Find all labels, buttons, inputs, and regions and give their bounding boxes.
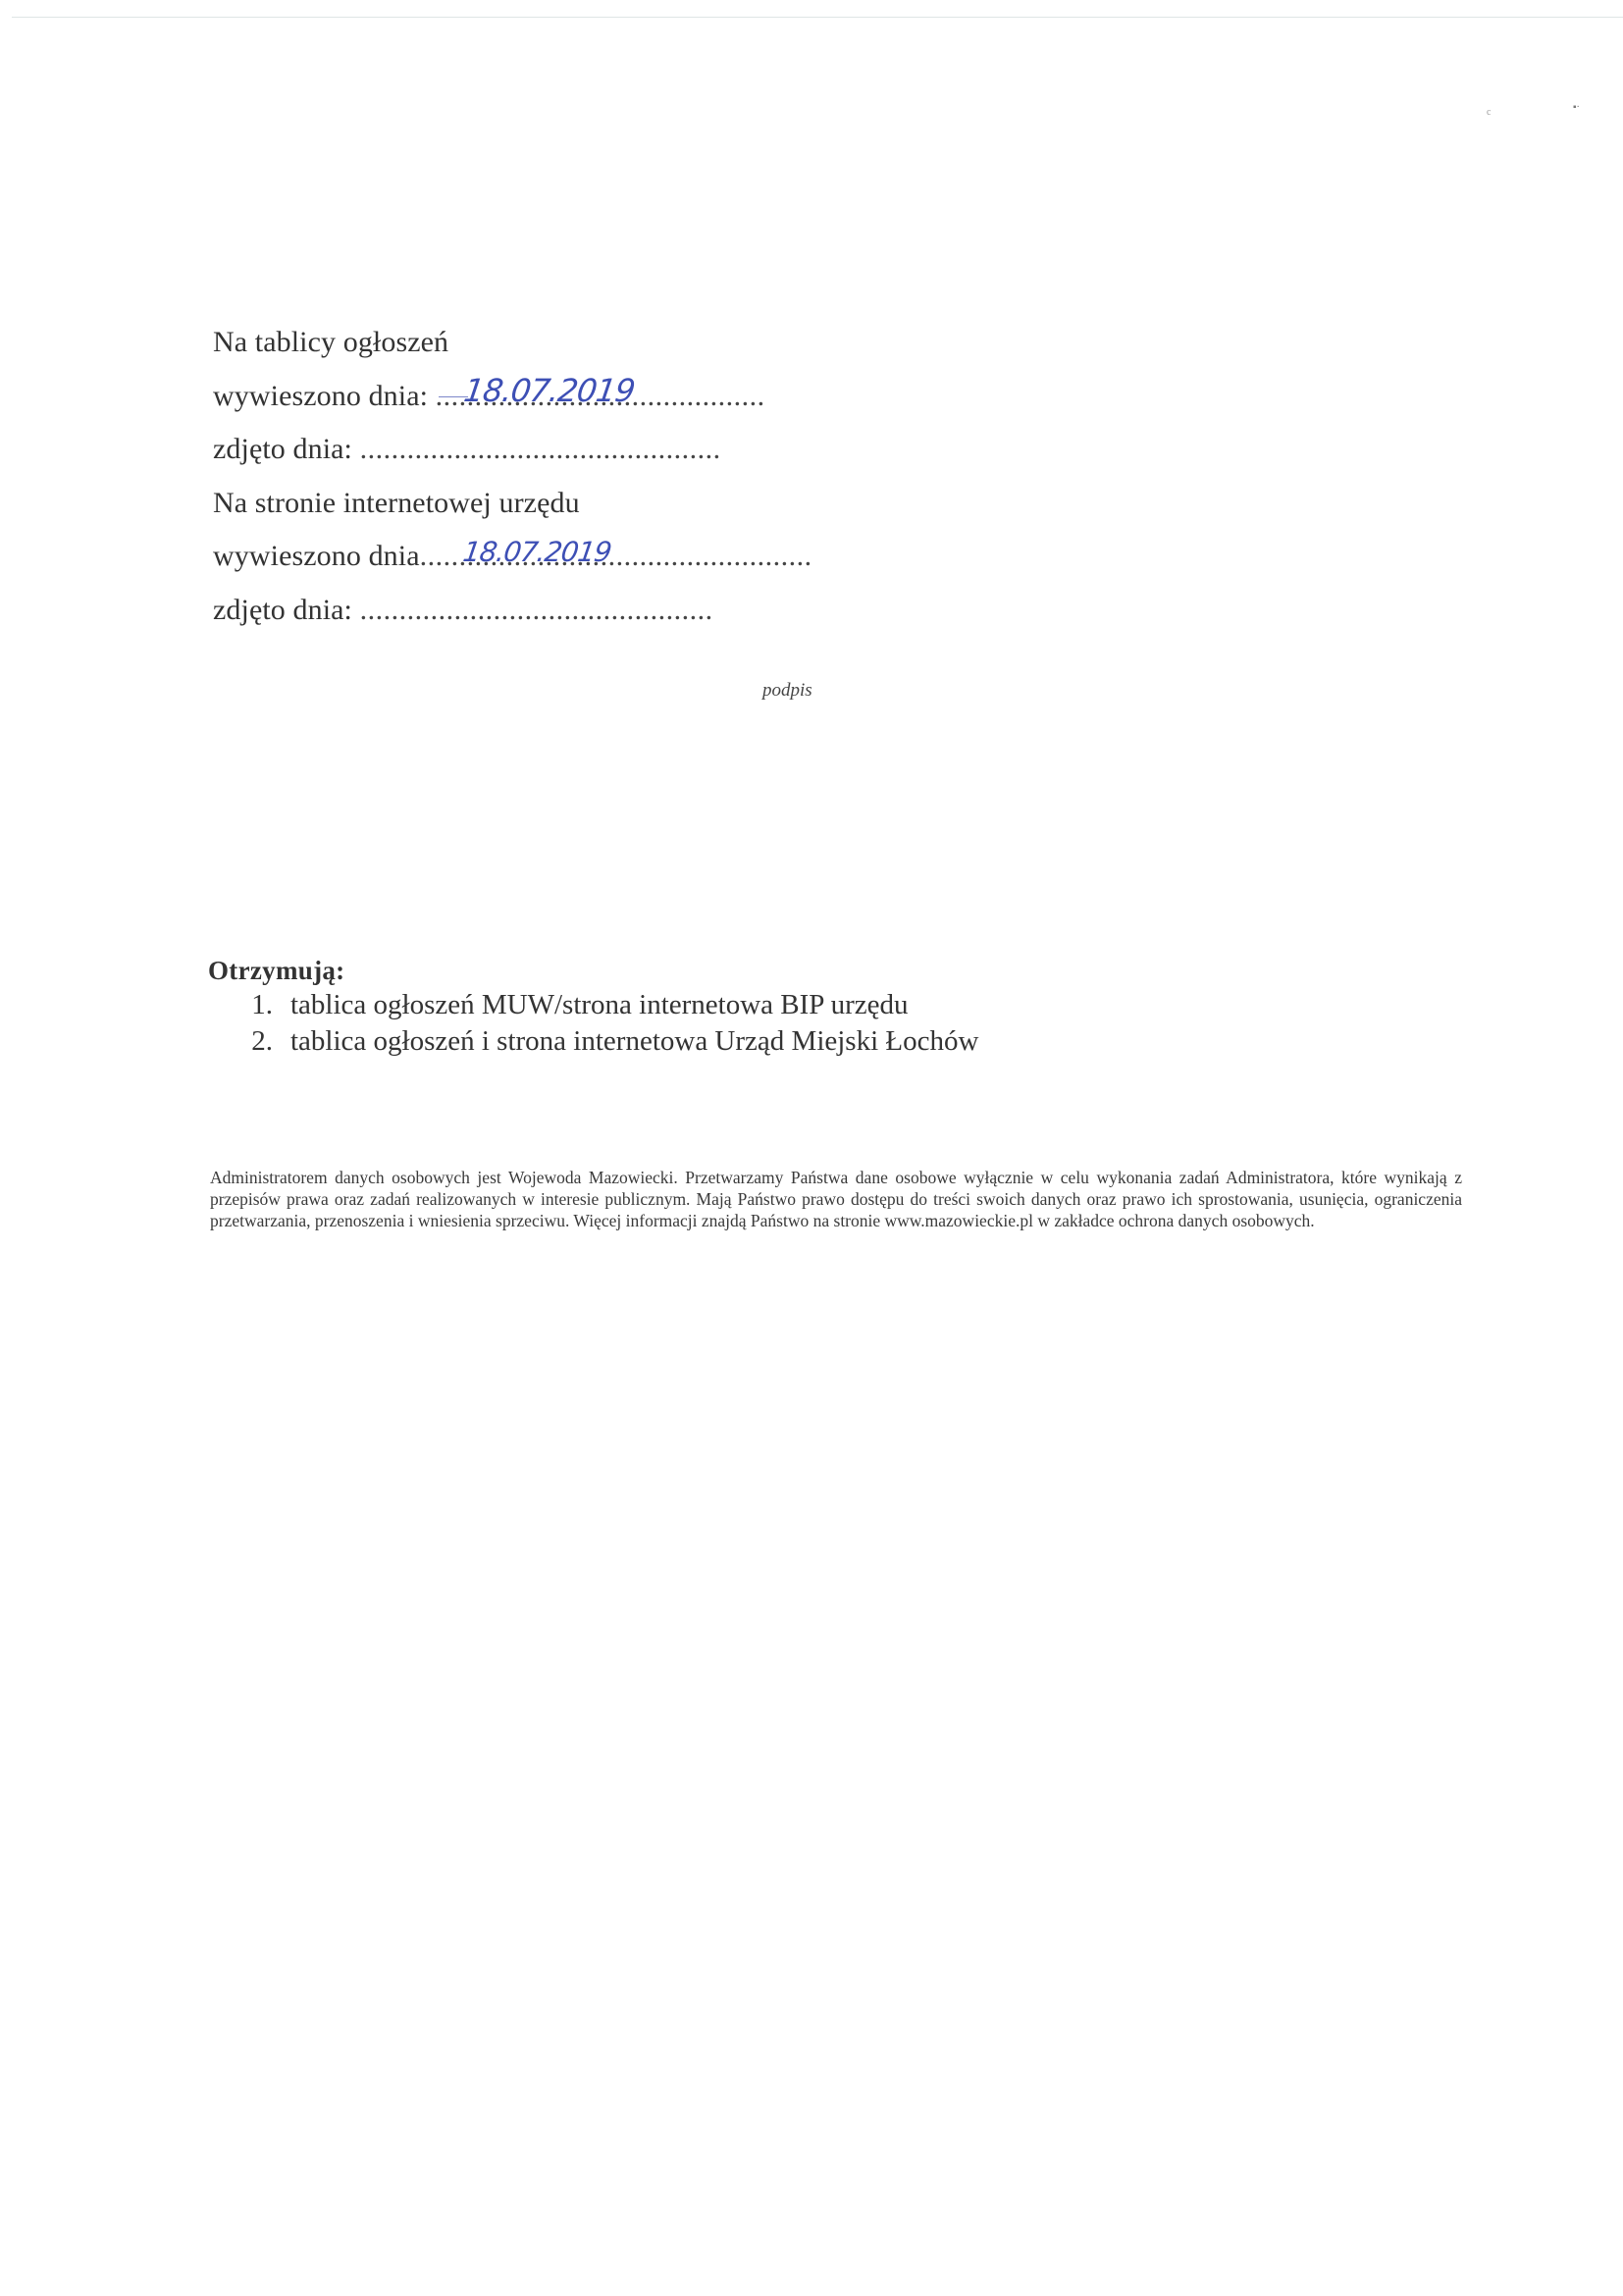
website-posted-field: wywieszono dnia.........................… [213, 530, 812, 584]
fill-dots: ........................................… [360, 433, 721, 465]
recipients-heading: Otrzymują: [208, 954, 978, 987]
website-removed-field: zdjęto dnia: ...........................… [213, 584, 812, 638]
list-item: 1.tablica ogłoszeń MUW/strona internetow… [208, 987, 978, 1023]
notice-board-title: Na tablicy ogłoszeń [213, 316, 812, 370]
handwritten-date: 18.07.2019 [459, 526, 614, 580]
scan-edge-line [12, 17, 1623, 18]
website-title: Na stronie internetowej urzędu [213, 477, 812, 531]
removed-label: zdjęto dnia: [213, 433, 360, 465]
signature-label: podpis [762, 680, 812, 702]
item-text: tablica ogłoszeń MUW/strona internetowa … [290, 989, 909, 1020]
item-number: 1. [228, 987, 290, 1023]
item-text: tablica ogłoszeń i strona internetowa Ur… [290, 1025, 978, 1057]
recipients-section: Otrzymują: 1.tablica ogłoszeń MUW/strona… [208, 954, 978, 1060]
handwritten-date: 18.07.2019 [460, 364, 638, 418]
posting-record: Na tablicy ogłoszeń wywieszono dnia: ...… [213, 316, 812, 637]
posted-label: wywieszono dnia [213, 540, 420, 572]
list-item: 2.tablica ogłoszeń i strona internetowa … [208, 1023, 978, 1060]
notice-board-removed-field: zdjęto dnia: ...........................… [213, 423, 812, 477]
scan-mark: ▪· [1573, 103, 1580, 113]
posted-label: wywieszono dnia: [213, 380, 436, 412]
notice-board-posted-field: wywieszono dnia: .......................… [213, 370, 812, 424]
recipients-list: 1.tablica ogłoszeń MUW/strona internetow… [208, 987, 978, 1060]
gdpr-notice: Administratorem danych osobowych jest Wo… [210, 1167, 1462, 1231]
fill-dots: ........................................… [360, 594, 713, 626]
removed-label: zdjęto dnia: [213, 594, 360, 626]
scan-mark: c [1487, 108, 1491, 118]
item-number: 2. [228, 1023, 290, 1060]
